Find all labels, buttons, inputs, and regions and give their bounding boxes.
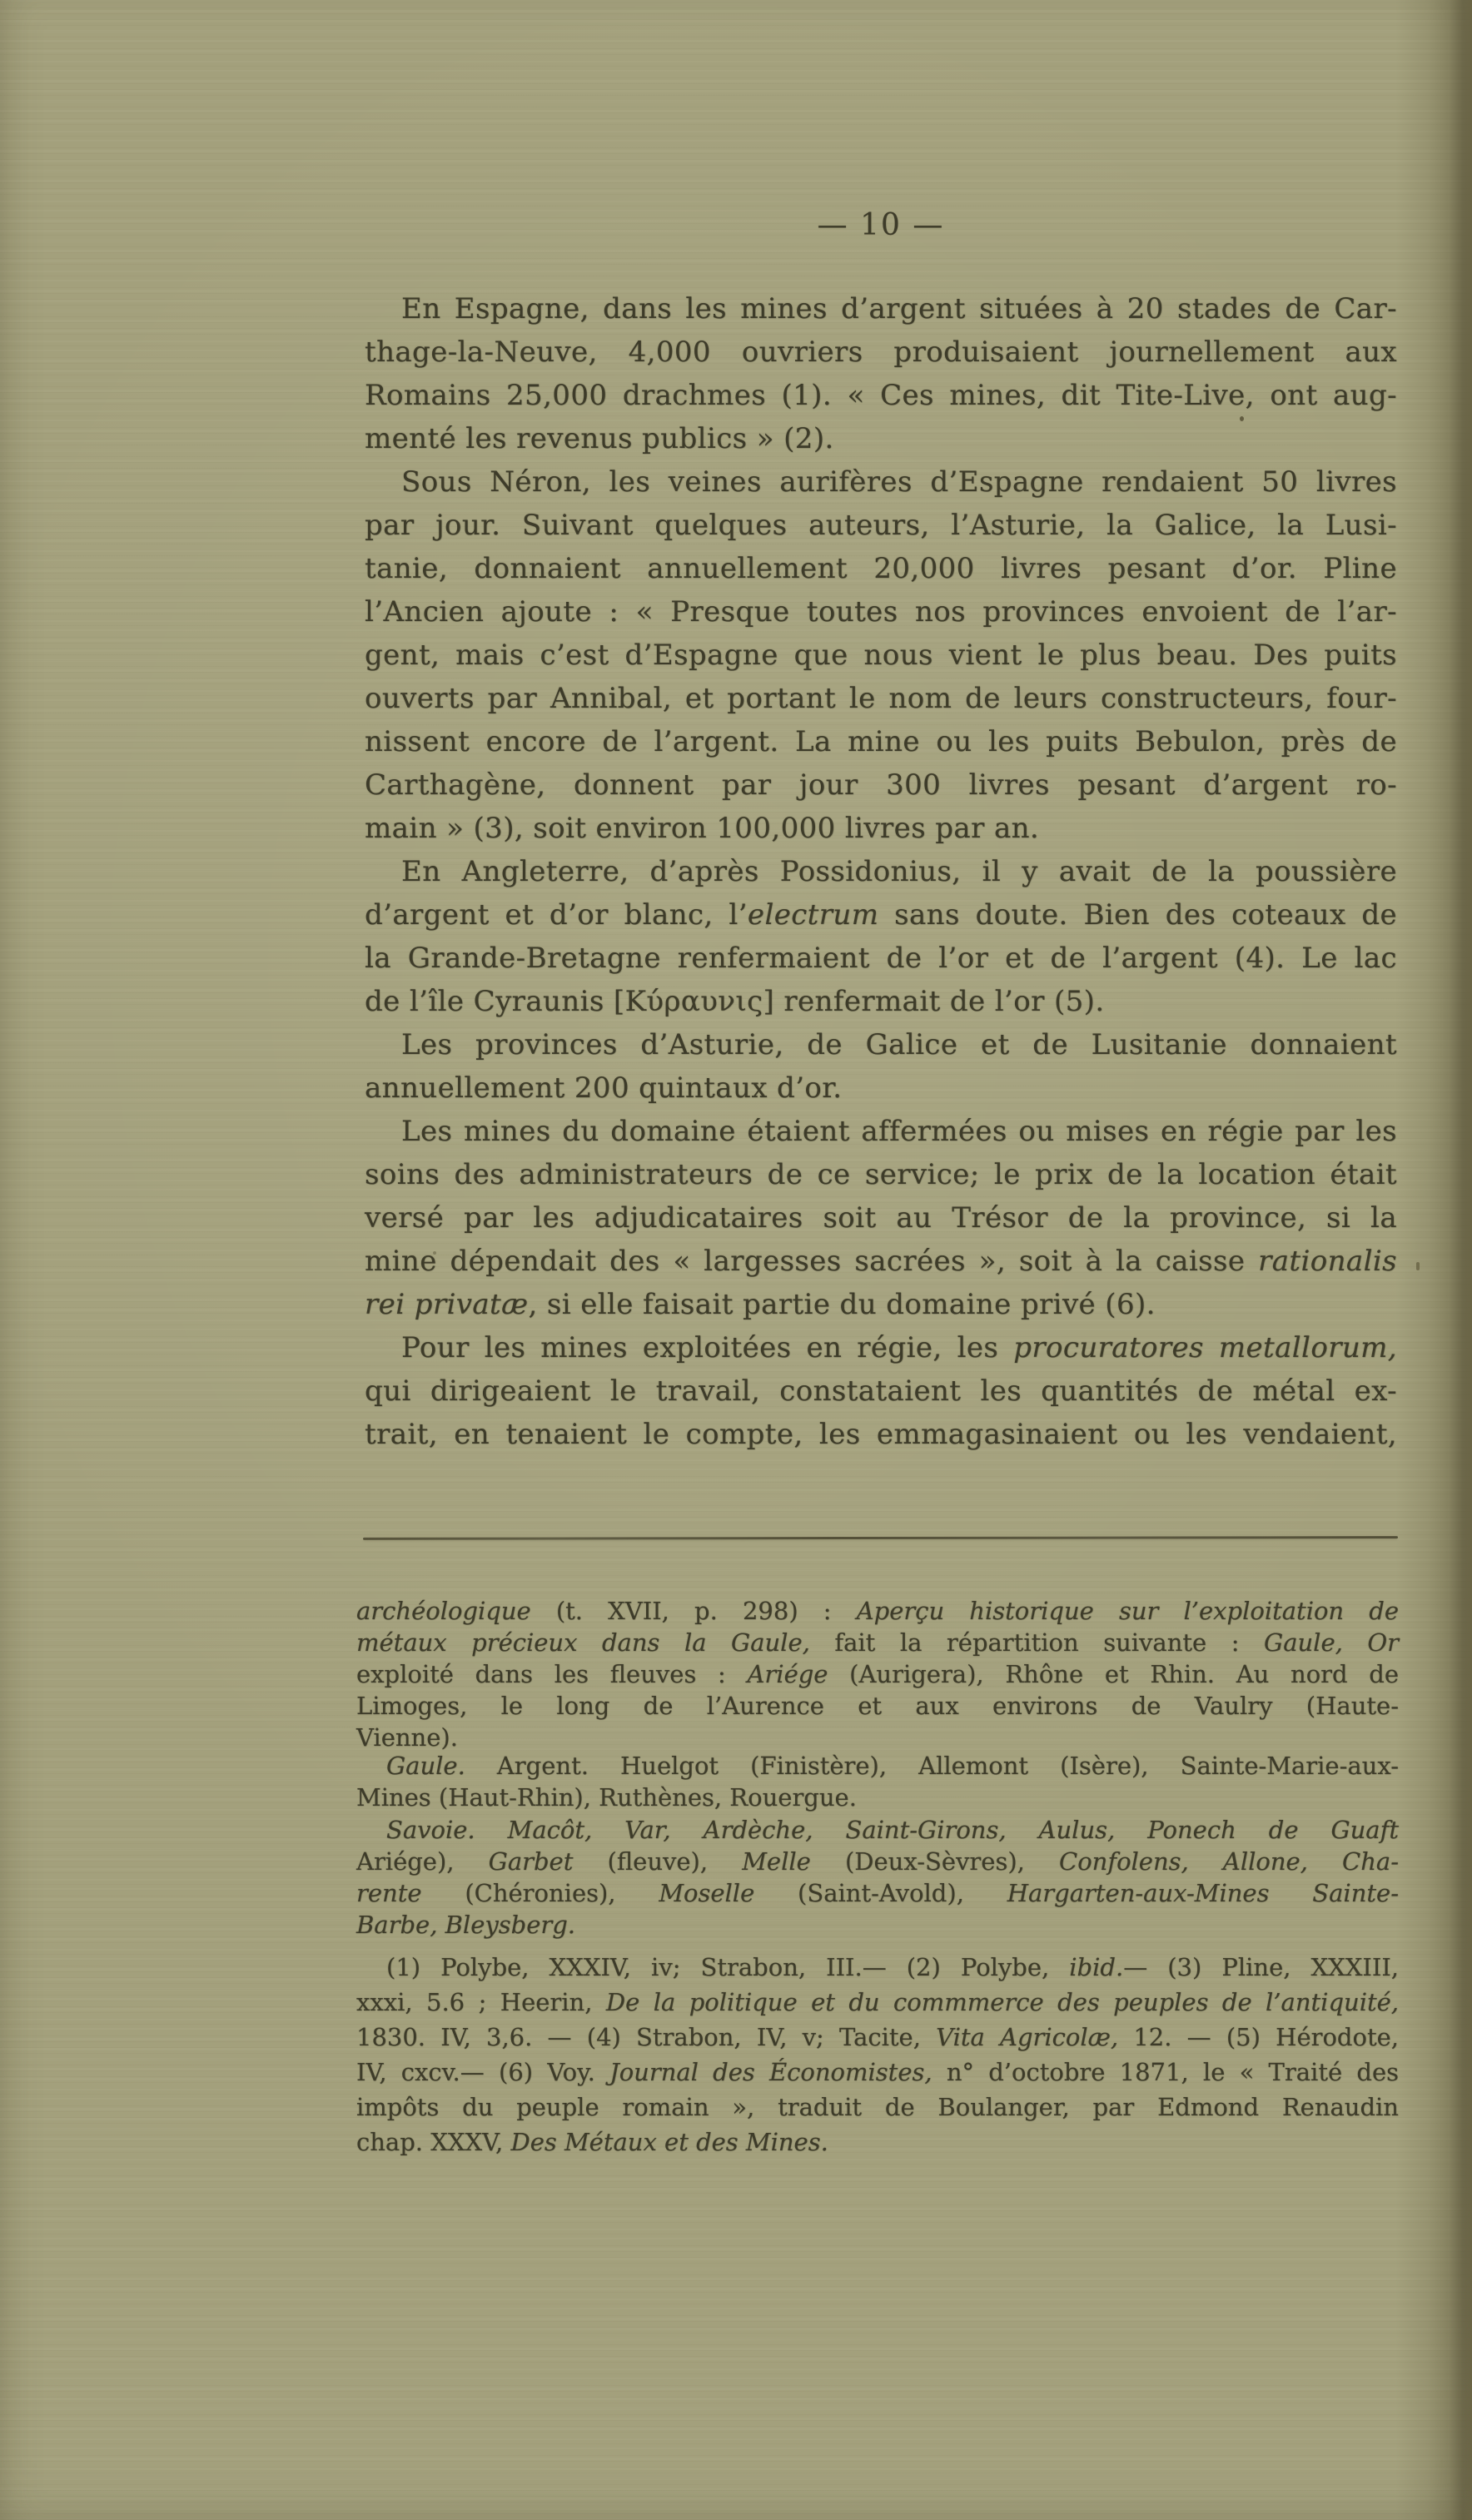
text-line: rente (Chéronies), Moselle (Saint-Avold)…: [356, 1877, 1399, 1909]
text-line: menté les revenus publics » (2).: [365, 417, 1397, 460]
text-segment: 12. — (5) Hérodote,: [1118, 2023, 1399, 2051]
text-segment: — (3) Pline, XXXIII,: [1123, 1953, 1399, 1981]
text-segment: 1830. IV, 3,6. — (4) Strabon, IV, v; Tac…: [356, 2023, 936, 2051]
text-line: métaux précieux dans la Gaule, fait la r…: [356, 1627, 1399, 1658]
text-line: d’argent et d’or blanc, l’electrum sans …: [365, 893, 1397, 937]
text-segment: soins des administrateurs de ce service;…: [365, 1158, 1397, 1191]
text-line: soins des administrateurs de ce service;…: [365, 1153, 1397, 1196]
text-segment: par jour. Suivant quelques auteurs, l’As…: [365, 509, 1397, 542]
text-segment: trait, en tenaient le compte, les emmaga…: [365, 1418, 1397, 1451]
text-segment: Ariége),: [356, 1847, 489, 1876]
text-line: nissent encore de l’argent. La mine ou l…: [365, 720, 1397, 763]
text-line: rei privatæ, si elle faisait partie du d…: [365, 1283, 1397, 1326]
italic-text: Vita Agricolæ,: [936, 2023, 1118, 2051]
body-text: En Espagne, dans les mines d’argent situ…: [365, 287, 1397, 1456]
text-line: IV, cxcv.— (6) Voy. Journal des Économis…: [356, 2055, 1399, 2090]
text-segment: IV, cxcv.— (6) Voy.: [356, 2058, 609, 2086]
text-segment: (Aurigera), Rhône et Rhin. Au nord de: [828, 1660, 1399, 1688]
footnote-block-a: archéologique (t. XVII, p. 298) : Aperçu…: [356, 1595, 1399, 1753]
text-segment: Les provinces d’Asturie, de Galice et de…: [401, 1028, 1397, 1061]
text-segment: (Saint-Avold),: [754, 1879, 1007, 1907]
text-line: Limoges, le long de l’Aurence et aux env…: [356, 1690, 1399, 1722]
italic-text: Melle: [742, 1847, 811, 1876]
footnote-separator: [363, 1536, 1398, 1540]
text-line: de l’île Cyraunis [Κύραυνις] renfermait …: [365, 980, 1397, 1023]
text-segment: (Deux-Sèvres),: [811, 1847, 1059, 1876]
text-line: trait, en tenaient le compte, les emmaga…: [365, 1413, 1397, 1456]
italic-text: Moselle: [659, 1879, 754, 1907]
text-segment: En Espagne, dans les mines d’argent situ…: [401, 292, 1397, 326]
text-segment: En Angleterre, d’après Possidonius, il y…: [401, 855, 1397, 888]
text-segment: menté les revenus publics » (2).: [365, 422, 834, 455]
text-segment: Argent. Huelgot (Finistère), Allemont (I…: [465, 1752, 1399, 1780]
book-page: — 10 — En Espagne, dans les mines d’arge…: [0, 0, 1472, 2520]
text-segment: sans doute. Bien des coteaux de: [878, 898, 1397, 932]
text-line: tanie, donnaient annuellement 20,000 liv…: [365, 547, 1397, 590]
text-segment: Romains 25,000 drachmes (1). « Ces mines…: [365, 379, 1397, 412]
italic-text: rationalis: [1258, 1245, 1397, 1278]
text-segment: xxxi, 5.6 ; Heerin,: [356, 1988, 606, 2016]
paper-speck: [433, 1251, 436, 1255]
text-line: Gaule. Argent. Huelgot (Finistère), Alle…: [356, 1750, 1399, 1782]
text-segment: (t. XVII, p. 298) :: [531, 1597, 857, 1625]
italic-text: Aperçu historique sur l’exploitation de: [857, 1597, 1399, 1625]
text-line: exploité dans les fleuves : Ariége (Auri…: [356, 1658, 1399, 1690]
text-segment: de l’île Cyraunis [Κύραυνις] renfermait …: [365, 985, 1105, 1018]
text-line: Barbe, Bleysberg.: [356, 1909, 1399, 1941]
text-line: En Angleterre, d’après Possidonius, il y…: [365, 850, 1397, 893]
text-segment: versé par les adjudicataires soit au Tré…: [365, 1201, 1397, 1235]
paper-speck: [1240, 416, 1244, 421]
text-segment: (Chéronies),: [422, 1879, 659, 1907]
text-segment: nissent encore de l’argent. La mine ou l…: [365, 725, 1397, 758]
italic-text: electrum: [748, 898, 878, 932]
text-segment: exploité dans les fleuves :: [356, 1660, 747, 1688]
italic-text: Ariége: [747, 1660, 828, 1688]
text-line: Ariége), Garbet (fleuve), Melle (Deux-Sè…: [356, 1846, 1399, 1877]
italic-text: archéologique: [356, 1597, 531, 1625]
text-segment: Limoges, le long de l’Aurence et aux env…: [356, 1692, 1399, 1720]
footnote-block-c: Savoie. Macôt, Var, Ardèche, Saint-Giron…: [356, 1814, 1399, 1941]
text-line: qui dirigeaient le travail, constataient…: [365, 1369, 1397, 1413]
text-segment: impôts du peuple romain », traduit de Bo…: [356, 2093, 1399, 2121]
text-line: Vienne).: [356, 1722, 1399, 1753]
text-segment: Les mines du domaine étaient affermées o…: [401, 1115, 1397, 1148]
text-line: Romains 25,000 drachmes (1). « Ces mines…: [365, 374, 1397, 417]
text-line: par jour. Suivant quelques auteurs, l’As…: [365, 504, 1397, 547]
italic-text: Garbet: [489, 1847, 574, 1876]
text-line: xxxi, 5.6 ; Heerin, De la politique et d…: [356, 1985, 1399, 2020]
text-line: archéologique (t. XVII, p. 298) : Aperçu…: [356, 1595, 1399, 1627]
text-line: l’Ancien ajoute : « Presque toutes nos p…: [365, 590, 1397, 634]
text-line: la Grande-Bretagne renfermaient de l’or …: [365, 937, 1397, 980]
page-edge-shadow: [1395, 0, 1472, 2520]
text-segment: la Grande-Bretagne renfermaient de l’or …: [365, 942, 1397, 975]
italic-text: Gaule.: [386, 1752, 465, 1780]
text-line: versé par les adjudicataires soit au Tré…: [365, 1196, 1397, 1240]
text-segment: tanie, donnaient annuellement 20,000 liv…: [365, 552, 1397, 585]
text-line: Mines (Haut-Rhin), Ruthènes, Rouergue.: [356, 1782, 1399, 1813]
text-line: Les mines du domaine étaient affermées o…: [365, 1110, 1397, 1153]
text-line: ouverts par Annibal, et portant le nom d…: [365, 677, 1397, 720]
text-line: Sous Néron, les veines aurifères d’Espag…: [365, 460, 1397, 504]
italic-text: Des Métaux et des Mines.: [510, 2128, 828, 2156]
text-segment: (1) Polybe, XXXIV, iv; Strabon, III.— (2…: [386, 1953, 1069, 1981]
text-line: main » (3), soit environ 100,000 livres …: [365, 807, 1397, 850]
text-line: annuellement 200 quintaux d’or.: [365, 1066, 1397, 1110]
italic-text: ibid.: [1069, 1953, 1123, 1981]
text-segment: Mines (Haut-Rhin), Ruthènes, Rouergue.: [356, 1783, 857, 1812]
text-segment: main » (3), soit environ 100,000 livres …: [365, 812, 1039, 845]
italic-text: Hargarten-aux-Mines Sainte-: [1007, 1879, 1399, 1907]
footnote-block-d: (1) Polybe, XXXIV, iv; Strabon, III.— (2…: [356, 1950, 1399, 2160]
text-line: En Espagne, dans les mines d’argent situ…: [365, 287, 1397, 331]
italic-text: Confolens, Allone, Cha-: [1059, 1847, 1399, 1876]
text-line: Les provinces d’Asturie, de Galice et de…: [365, 1023, 1397, 1066]
text-segment: ouverts par Annibal, et portant le nom d…: [365, 682, 1397, 715]
text-segment: , si elle faisait partie du domaine priv…: [528, 1288, 1155, 1321]
text-segment: mine dépendait des « largesses sacrées »…: [365, 1245, 1258, 1278]
text-segment: fait la répartition suivante :: [810, 1628, 1264, 1657]
text-segment: thage-la-Neuve, 4,000 ouvriers produisai…: [365, 336, 1397, 369]
text-segment: l’Ancien ajoute : « Presque toutes nos p…: [365, 595, 1397, 629]
text-segment: Carthagène, donnent par jour 300 livres …: [365, 768, 1397, 802]
text-line: chap. XXXV, Des Métaux et des Mines.: [356, 2125, 1399, 2160]
text-line: 1830. IV, 3,6. — (4) Strabon, IV, v; Tac…: [356, 2020, 1399, 2055]
page-number: — 10 —: [365, 208, 1397, 251]
footnote-block-b: Gaule. Argent. Huelgot (Finistère), Alle…: [356, 1750, 1399, 1813]
text-segment: d’argent et d’or blanc, l’: [365, 898, 748, 932]
text-line: Carthagène, donnent par jour 300 livres …: [365, 763, 1397, 807]
italic-text: rei privatæ: [365, 1288, 528, 1321]
text-line: gent, mais c’est d’Espagne que nous vien…: [365, 634, 1397, 677]
text-line: Savoie. Macôt, Var, Ardèche, Saint-Giron…: [356, 1814, 1399, 1846]
text-line: thage-la-Neuve, 4,000 ouvriers produisai…: [365, 331, 1397, 374]
text-segment: Pour les mines exploitées en régie, les: [401, 1331, 1013, 1364]
italic-text: Gaule, Or: [1264, 1628, 1399, 1657]
italic-text: De la politique et du commmerce des peup…: [606, 1988, 1399, 2016]
italic-text: Barbe, Bleysberg.: [356, 1911, 575, 1939]
text-line: mine dépendait des « largesses sacrées »…: [365, 1240, 1397, 1283]
text-line: impôts du peuple romain », traduit de Bo…: [356, 2090, 1399, 2125]
italic-text: procuratores metallorum,: [1013, 1331, 1397, 1364]
italic-text: rente: [356, 1879, 422, 1907]
text-segment: n° d’octobre 1871, le « Traité des: [932, 2058, 1399, 2086]
text-segment: Sous Néron, les veines aurifères d’Espag…: [401, 465, 1397, 499]
text-segment: chap. XXXV,: [356, 2128, 510, 2156]
text-line: (1) Polybe, XXXIV, iv; Strabon, III.— (2…: [356, 1950, 1399, 1985]
italic-text: Savoie. Macôt, Var, Ardèche, Saint-Giron…: [386, 1816, 1399, 1844]
italic-text: Journal des Économistes,: [609, 2058, 932, 2086]
text-segment: qui dirigeaient le travail, constataient…: [365, 1374, 1397, 1408]
italic-text: métaux précieux dans la Gaule,: [356, 1628, 810, 1657]
text-segment: Vienne).: [356, 1723, 458, 1752]
text-segment: annuellement 200 quintaux d’or.: [365, 1071, 842, 1105]
text-segment: gent, mais c’est d’Espagne que nous vien…: [365, 639, 1397, 672]
text-line: Pour les mines exploitées en régie, les …: [365, 1326, 1397, 1369]
text-segment: (fleuve),: [573, 1847, 742, 1876]
